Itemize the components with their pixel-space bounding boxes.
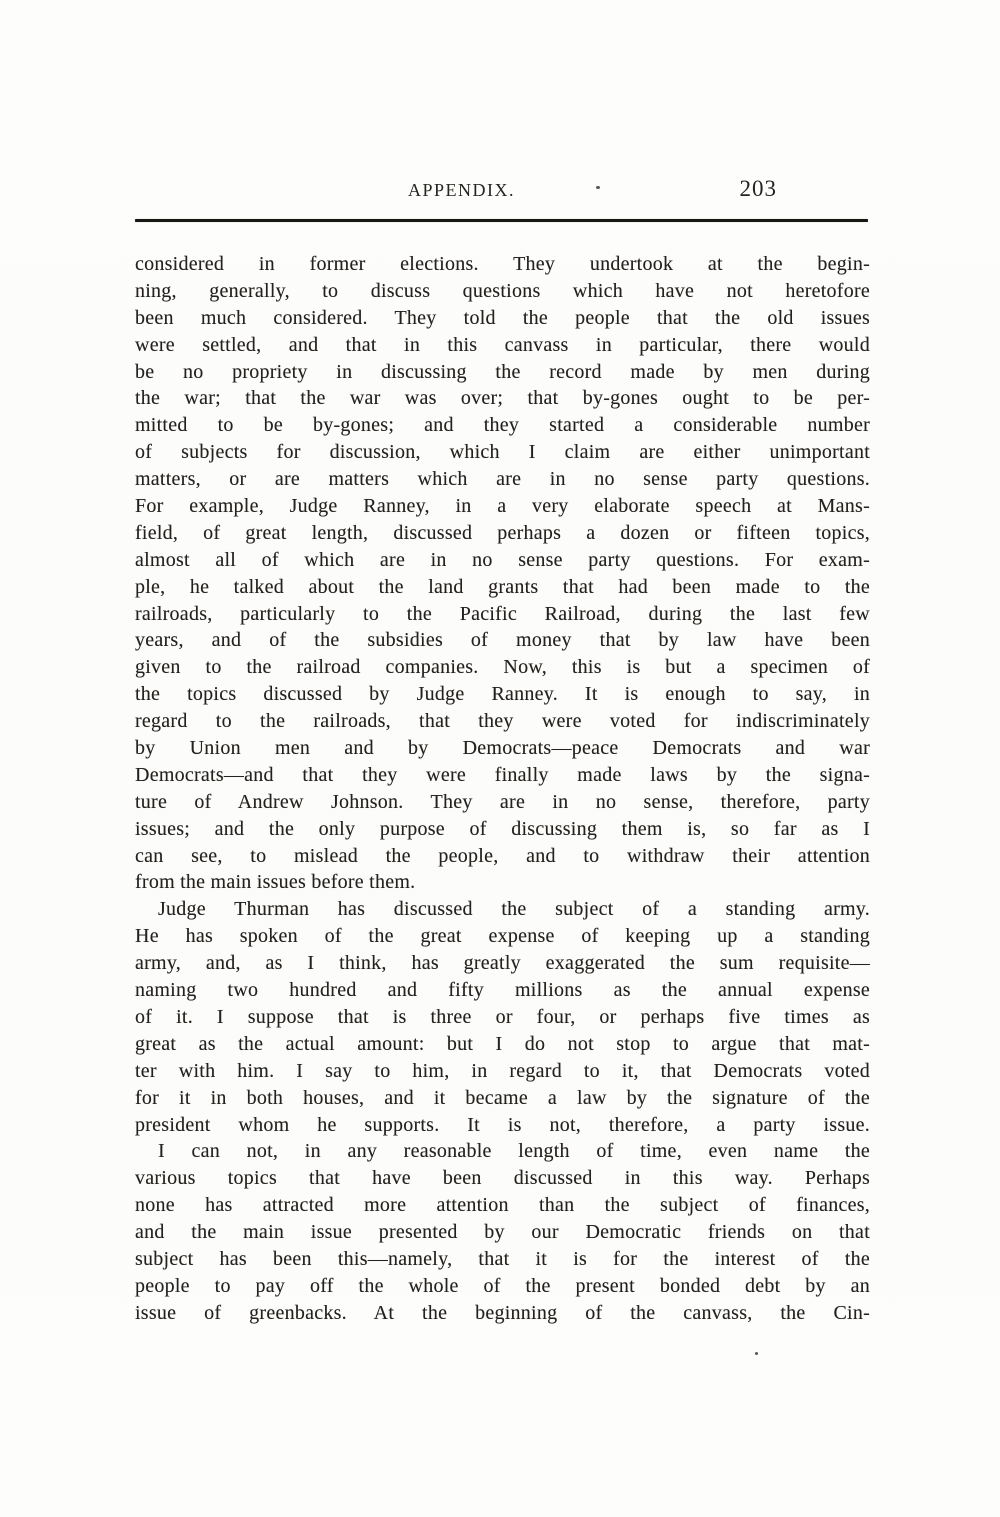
paragraph: considered in former elections. They und… [135,251,870,896]
text-line: be no propriety in discussing the record… [135,359,870,386]
text-line: for it in both houses, and it became a l… [135,1085,870,1112]
text-line: of subjects for discussion, which I clai… [135,439,870,466]
running-head: APPENDIX. [408,180,515,201]
text-line: railroads, particularly to the Pacific R… [135,601,870,628]
text-line: great as the actual amount: but I do not… [135,1031,870,1058]
text-line: given to the railroad companies. Now, th… [135,654,870,681]
text-line: For example, Judge Ranney, in a very ela… [135,493,870,520]
text-line: can see, to mislead the people, and to w… [135,843,870,870]
text-line: by Union men and by Democrats—peace Demo… [135,735,870,762]
text-line: matters, or are matters which are in no … [135,466,870,493]
text-line: I can not, in any reasonable length of t… [135,1138,870,1165]
text-line: the war; that the war was over; that by-… [135,385,870,412]
text-line: ning, generally, to discuss questions wh… [135,278,870,305]
text-line: people to pay off the whole of the prese… [135,1273,870,1300]
page-header: APPENDIX. 203 [135,176,870,208]
text-line: were settled, and that in this canvass i… [135,332,870,359]
text-line: and the main issue presented by our Demo… [135,1219,870,1246]
text-line: considered in former elections. They und… [135,251,870,278]
text-line: issue of greenbacks. At the beginning of… [135,1300,870,1327]
text-line: naming two hundred and fifty millions as… [135,977,870,1004]
text-line: army, and, as I think, has greatly exagg… [135,950,870,977]
text-line: president whom he supports. It is not, t… [135,1112,870,1139]
text-line: Judge Thurman has discussed the subject … [135,896,870,923]
header-rule [135,219,868,222]
paragraph: I can not, in any reasonable length of t… [135,1138,870,1326]
text-line: none has attracted more attention than t… [135,1192,870,1219]
text-line: mitted to be by-gones; and they started … [135,412,870,439]
text-line: the topics discussed by Judge Ranney. It… [135,681,870,708]
text-line: years, and of the subsidies of money tha… [135,627,870,654]
text-line: regard to the railroads, that they were … [135,708,870,735]
page-number: 203 [740,176,778,202]
text-line: been much considered. They told the peop… [135,305,870,332]
text-line: from the main issues before them. [135,869,870,896]
text-line: of it. I suppose that is three or four, … [135,1004,870,1031]
text-line: field, of great length, discussed perhap… [135,520,870,547]
paragraph: Judge Thurman has discussed the subject … [135,896,870,1138]
text-line: issues; and the only purpose of discussi… [135,816,870,843]
page-body: considered in former elections. They und… [135,251,870,1327]
scan-speck [755,1352,758,1355]
text-line: subject has been this—namely, that it is… [135,1246,870,1273]
text-line: Democrats—and that they were finally mad… [135,762,870,789]
text-line: various topics that have been discussed … [135,1165,870,1192]
text-line: almost all of which are in no sense part… [135,547,870,574]
text-line: He has spoken of the great expense of ke… [135,923,870,950]
text-line: ter with him. I say to him, in regard to… [135,1058,870,1085]
text-line: ture of Andrew Johnson. They are in no s… [135,789,870,816]
scan-speck [596,186,600,189]
book-page: APPENDIX. 203 considered in former elect… [0,0,1000,1517]
text-line: ple, he talked about the land grants tha… [135,574,870,601]
